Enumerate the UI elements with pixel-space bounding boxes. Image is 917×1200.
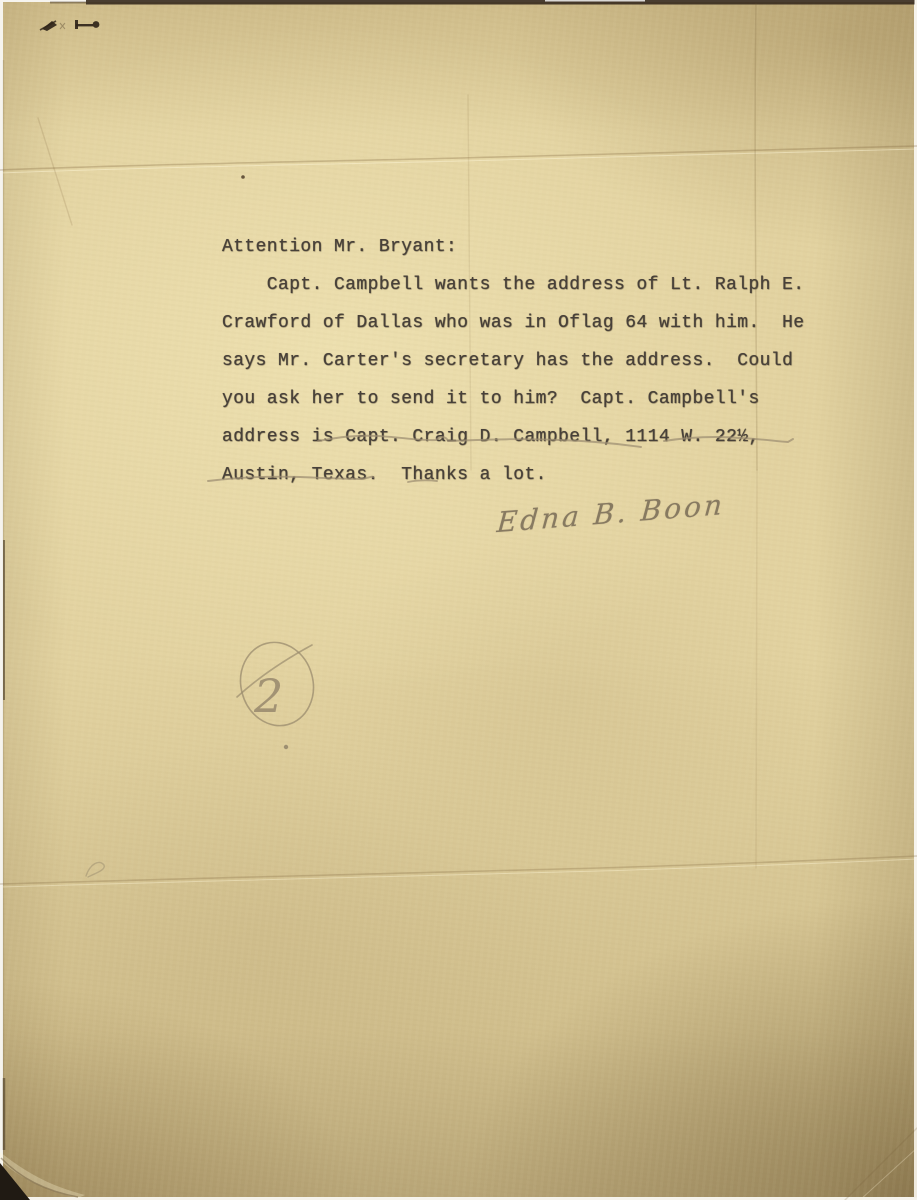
circled-number-text: 2 xyxy=(253,669,283,723)
scan-top-edge xyxy=(50,0,917,5)
pencil-circled-number: 2 xyxy=(231,634,322,749)
scan-marks-overlay: 2 xyxy=(0,0,917,1200)
scan-edge-slivers xyxy=(0,0,917,1200)
ink-marks xyxy=(40,20,99,31)
pencil-dot xyxy=(284,745,288,749)
pencil-underlines xyxy=(208,436,793,482)
paper-speck xyxy=(241,175,245,179)
folded-corner xyxy=(0,1152,85,1200)
scanned-document: Attention Mr. Bryant: Capt. Campbell wan… xyxy=(0,0,917,1200)
pencil-squiggle xyxy=(86,862,104,877)
fold-creases xyxy=(0,4,917,1200)
